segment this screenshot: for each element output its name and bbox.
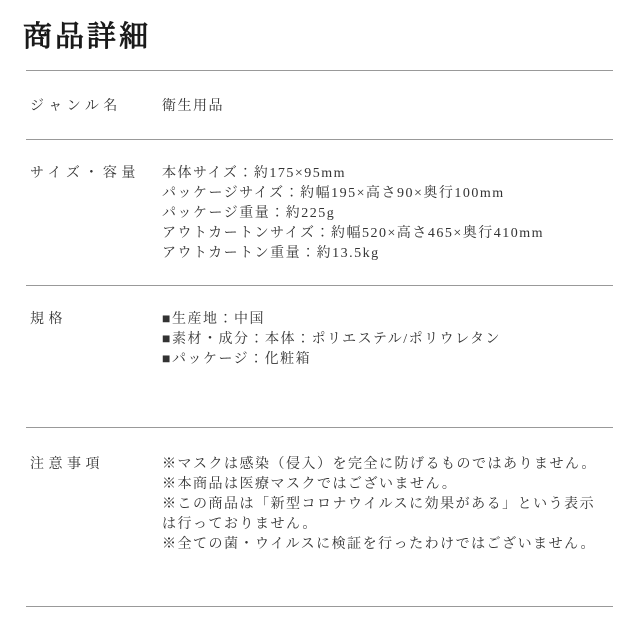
value-line: ■素材・成分：本体：ポリエステル/ポリウレタン xyxy=(162,330,613,350)
detail-table: ジャンル名 衛生用品 サイズ・容量 本体サイズ：約175×95mmパッケージサイ… xyxy=(26,70,613,607)
row-label: 規格 xyxy=(26,310,162,330)
table-row: ジャンル名 衛生用品 xyxy=(26,71,613,140)
value-line: パッケージサイズ：約幅195×高さ90×奥行100mm xyxy=(162,184,613,204)
table-row: サイズ・容量 本体サイズ：約175×95mmパッケージサイズ：約幅195×高さ9… xyxy=(26,140,613,286)
product-detail-page: { "page": { "title": "商品詳細" }, "table": … xyxy=(0,0,640,640)
table-row: 注意事項 ※マスクは感染（侵入）を完全に防げるものではありません。※本商品は医療… xyxy=(26,428,613,607)
page-title: 商品詳細 xyxy=(23,22,151,53)
row-value: 衛生用品 xyxy=(162,97,613,117)
value-line: ■生産地：中国 xyxy=(162,310,613,330)
value-line: ※マスクは感染（侵入）を完全に防げるものではありません。 xyxy=(162,455,613,475)
row-label: サイズ・容量 xyxy=(26,164,162,184)
row-label: 注意事項 xyxy=(26,455,162,475)
value-line: ※全ての菌・ウイルスに検証を行ったわけではございません。 xyxy=(162,535,613,555)
value-line: アウトカートン重量：約13.5kg xyxy=(162,244,613,264)
value-line: 本体サイズ：約175×95mm xyxy=(162,164,613,184)
row-label: ジャンル名 xyxy=(26,97,162,117)
value-line: パッケージ重量：約225g xyxy=(162,204,613,224)
table-row: 規格 ■生産地：中国■素材・成分：本体：ポリエステル/ポリウレタン■パッケージ：… xyxy=(26,286,613,428)
value-line: は行っておりません。 xyxy=(162,515,613,535)
value-line: アウトカートンサイズ：約幅520×高さ465×奥行410mm xyxy=(162,224,613,244)
row-value: ※マスクは感染（侵入）を完全に防げるものではありません。※本商品は医療マスクでは… xyxy=(162,455,613,555)
value-line: ■パッケージ：化粧箱 xyxy=(162,350,613,370)
value-line: ※本商品は医療マスクではございません。 xyxy=(162,475,613,495)
row-value: 本体サイズ：約175×95mmパッケージサイズ：約幅195×高さ90×奥行100… xyxy=(162,164,613,264)
value-line: ※この商品は「新型コロナウイルスに効果がある」という表示 xyxy=(162,495,613,515)
value-line: 衛生用品 xyxy=(162,97,613,117)
row-value: ■生産地：中国■素材・成分：本体：ポリエステル/ポリウレタン■パッケージ：化粧箱 xyxy=(162,310,613,370)
